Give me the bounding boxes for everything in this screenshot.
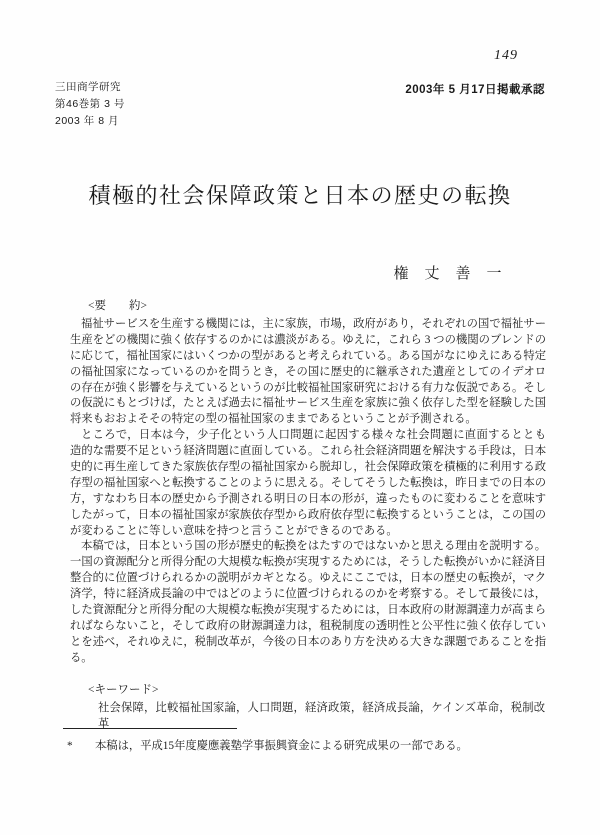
abstract-line: 一国の資源配分と所得分配の大規模な転換が実現するためには，そうした転換がいかに経… (70, 555, 546, 571)
abstract-line: 本稿では，日本という国の形が歴史的転換をはたすのではないかと思える理由を説明する… (70, 539, 546, 555)
acceptance-date: 2003年 5 月17日掲載承認 (405, 81, 545, 97)
footnote: *本稿は，平成15年度慶應義塾学事振興資金による研究成果の一部である。 (67, 737, 547, 753)
paper-page: 149 三田商学研究 第46巻第 3 号 2003 年 8 月 2003年 5 … (0, 0, 600, 835)
journal-name: 三田商学研究 (55, 79, 125, 96)
abstract-line: 済学，特に経済成長論の中ではどのように位置づけられるのかを考察する。そして最後に… (70, 587, 546, 603)
abstract-line: 整合的に位置づけられるかの説明がカギとなる。ゆえにここでは，日本の歴史の転換が，… (70, 571, 546, 587)
journal-volume: 第46巻第 3 号 (55, 96, 125, 113)
abstract-line: 造的な需要不足という経済問題に直面している。これら社会経済問題を解決する手段は，… (70, 444, 546, 460)
author-name: 権 丈 善 一 (393, 262, 502, 283)
journal-info-block: 三田商学研究 第46巻第 3 号 2003 年 8 月 (55, 79, 125, 130)
abstract-line: ところで，日本は今，少子化という人口問題に起因する様々な社会問題に直面するととも… (70, 428, 546, 444)
abstract-line: 福祉サービスを生産する機関には，主に家族，市場，政府があり，それぞれの国で福祉サ… (70, 317, 546, 333)
abstract-line: の仮説にもとづけば，たとえば過去に福祉サービス生産を家族に強く依存した型を経験し… (70, 396, 546, 412)
abstract-line: したがって，日本の福祉国家が家族依存型から政府依存型に転換するということは，この… (70, 508, 546, 524)
page-number: 149 (494, 48, 518, 64)
abstract-line: 将来もおおよそその特定の型の福祉国家のままであるということが予測される。 (70, 412, 546, 428)
abstract-line: した資源配分と所得分配の大規模な転換が実現するためには，日本政府の財源調達力が高… (70, 603, 546, 619)
footnote-divider (63, 728, 237, 729)
abstract-heading: <要 約> (88, 297, 147, 313)
paper-title: 積極的社会保障政策と日本の歴史の転換 (0, 179, 600, 210)
journal-date: 2003 年 8 月 (55, 113, 125, 130)
abstract-line: 史的に再生産してきた家族依存型の福祉国家から脱却し，社会保障政策を積極的に利用す… (70, 460, 546, 476)
abstract-line: る。 (70, 651, 546, 667)
abstract-line: に応じて，福祉国家にはいくつかの型があると考えられている。ある国がなにゆえにある… (70, 349, 546, 365)
abstract-line: 生産をどの機関に強く依存するのかには濃淡がある。ゆえに，これら 3 つの機関のブ… (70, 333, 546, 349)
abstract-body: 福祉サービスを生産する機関には，主に家族，市場，政府があり，それぞれの国で福祉サ… (70, 317, 546, 667)
abstract-line: の存在が強く影響を与えているというのが比較福祉国家研究における有力な仮説である。… (70, 381, 546, 397)
abstract-line: の福祉国家になっているのかを問うとき，その国に歴史的に継承された遺産としてのイデ… (70, 365, 546, 381)
footnote-text: 本稿は，平成15年度慶應義塾学事振興資金による研究成果の一部である。 (95, 740, 468, 752)
abstract-line: が変わることに等しい意味を持つと言うことができるのである。 (70, 524, 546, 540)
abstract-line: とを述べ，それゆえに，税制改革が，今後の日本のあり方を決める大きな課題であること… (70, 635, 546, 651)
abstract-line: 方，すなわち日本の歴史から予測される明日の日本の形が，違ったものに変わることを意… (70, 492, 546, 508)
abstract-line: ればならないこと，そして政府の財源調達力は，租税制度の透明性と公平性に強く依存し… (70, 619, 546, 635)
footnote-marker: * (67, 740, 95, 752)
keywords-list: 社会保障，比較福祉国家論，人口問題，経済政策，経済成長論，ケインズ革命，税制改革 (98, 699, 546, 731)
keywords-heading: <キーワード> (88, 681, 158, 697)
abstract-line: 存型の福祉国家へと転換することのように思える。そしてそうした転換は，昨日までの日… (70, 476, 546, 492)
